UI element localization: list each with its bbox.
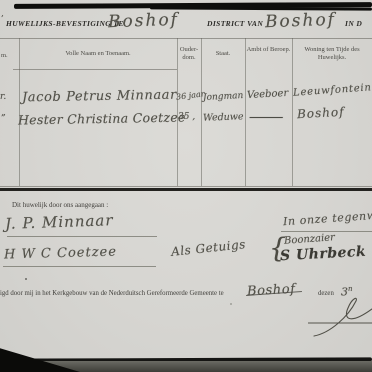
ink-speck <box>230 303 232 305</box>
bride-occupation-dash: — <box>248 110 261 125</box>
groom-name: Jacob Petrus Minnaar <box>22 88 177 106</box>
officiant-signature-flourish <box>302 293 372 339</box>
name-column-underline <box>13 69 177 70</box>
photo-edge-top-2 <box>150 6 372 10</box>
witness-label: Als Getuigs <box>170 237 246 259</box>
bride-name: Hester Christina Coetzee <box>18 110 186 128</box>
groom-residence: Leeuwfontein <box>293 82 372 98</box>
bride-signature: H W C Coetzee <box>4 245 117 263</box>
district-label: DISTRICT VAN <box>207 19 263 28</box>
row-margin-note: r. <box>0 92 6 102</box>
bride-status: Weduwe <box>203 111 244 123</box>
declaration-text: Dit huwelijk door ons aangegaan : <box>12 201 108 209</box>
bride-residence: Boshof <box>297 105 345 121</box>
ink-speck <box>25 278 27 280</box>
handwritten-place: Boshof <box>108 10 180 32</box>
bride-age: 35 , <box>178 112 195 122</box>
groom-signature: J. P. Minnaar <box>5 211 114 233</box>
confirmation-text: igd door mij in het Kerkgebouw van de Ne… <box>0 290 224 297</box>
groom-occupation: Veeboer <box>247 88 289 101</box>
table-bottom-thick-line <box>0 188 372 191</box>
column-header-residence: Woning ten Tijde des Huwelijks. <box>293 46 371 61</box>
table-top-border <box>0 38 372 39</box>
presence-label: In onze tegenw <box>283 209 372 229</box>
witness-signature-2: S Uhrbeck <box>280 244 367 264</box>
column-header-age: Ouder-dom. <box>177 46 201 61</box>
column-header-status: Staat. <box>201 50 245 58</box>
groom-status: Jongman <box>203 91 244 103</box>
marriage-register-document: ’ HUWELIJKS-BEVESTIGING TE Boshof DISTRI… <box>0 0 372 372</box>
signature-rule <box>3 266 156 267</box>
column-header-name: Volle Naam en Toenaam. <box>20 50 176 58</box>
table-bottom-thin-line <box>0 186 372 187</box>
witness-signature-1: Boonzaier <box>284 232 336 247</box>
handwritten-district: Boshof <box>265 10 337 32</box>
confirmation-place: Boshof <box>247 282 296 300</box>
title-suffix: IN D <box>345 19 362 28</box>
document-title: HUWELIJKS-BEVESTIGING TE <box>6 19 124 28</box>
signature-rule <box>7 236 157 237</box>
cutoff-title-fragment: ’ <box>1 14 4 23</box>
row-margin-note: ” <box>1 114 6 124</box>
column-header-margin: m. <box>1 52 8 60</box>
table-column-line <box>245 38 246 186</box>
column-header-occupation: Ambt of Beroep. <box>245 46 292 54</box>
